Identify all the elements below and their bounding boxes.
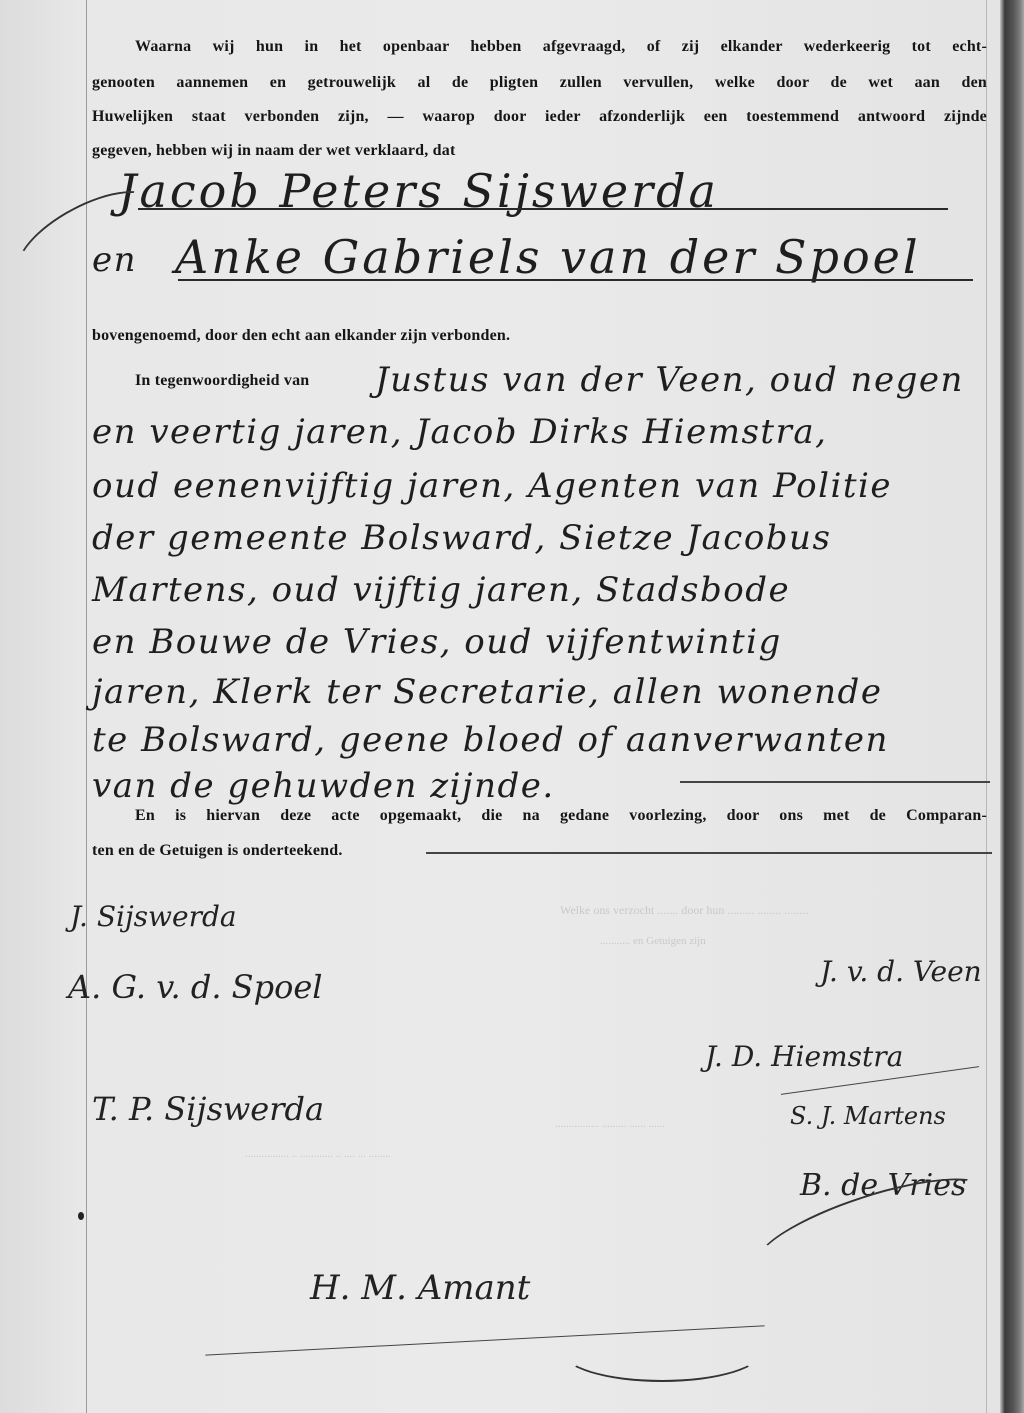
witness-line: te Bolsward, geene bloed of aanverwanten [92, 720, 889, 760]
signature-witness: J. D. Hiemstra [705, 1040, 903, 1073]
flourish-stroke [560, 1318, 764, 1382]
printed-line: ten en de Getuigen is onderteekend. [92, 842, 343, 860]
flourish-stroke [4, 173, 170, 302]
signature-bride: A. G. v. d. Spoel [68, 968, 323, 1006]
printed-line: bovengenoemd, door den echt aan elkander… [92, 327, 987, 345]
bleed-through-text: ........... en Getuigen zijn [600, 935, 706, 947]
page-binding-edge [1000, 0, 1024, 1413]
printed-line: En is hiervan deze acte opgemaakt, die n… [92, 807, 987, 825]
name-underline [178, 279, 973, 281]
printed-line: Huwelijken staat verbonden zijn, — waaro… [92, 108, 987, 126]
signature-groom: J. Sijswerda [70, 900, 237, 933]
signature-witness: S. J. Martens [790, 1102, 946, 1130]
fill-line [426, 852, 992, 854]
witness-line: der gemeente Bolsward, Sietze Jacobus [92, 518, 831, 558]
signature-parent: T. P. Sijswerda [92, 1090, 324, 1128]
witness-line: en Bouwe de Vries, oud vijfentwintig [92, 622, 782, 662]
printed-line: genooten aannemen en getrouwelijk al de … [92, 74, 987, 92]
bride-prefix: en [92, 240, 137, 280]
bleed-through-text: ................ ......... ...... ...... [555, 1118, 665, 1130]
signature-official: H. M. Amant [310, 1268, 530, 1308]
document-page: Welke ons verzocht ....... door hun ....… [0, 0, 1024, 1413]
right-margin-rule [986, 0, 987, 1413]
signature-witness: J. v. d. Veen [820, 955, 982, 988]
bleed-through-text: ................ .. ............ .. ....… [245, 1148, 391, 1160]
printed-line: gegeven, hebben wij in naam der wet verk… [92, 142, 987, 160]
witness-line: van de gehuwden zijnde. [92, 766, 555, 806]
name-underline [138, 208, 948, 210]
bleed-through-text: Welke ons verzocht ....... door hun ....… [560, 903, 808, 918]
witness-line: Martens, oud vijftig jaren, Stadsbode [92, 570, 790, 610]
witness-line: Justus van der Veen, oud negen [375, 360, 964, 400]
witness-line: jaren, Klerk ter Secretarie, allen wonen… [92, 672, 882, 712]
printed-line: Waarna wij hun in het openbaar hebben af… [92, 38, 987, 56]
fill-line [680, 781, 990, 783]
bride-name: Anke Gabriels van der Spoel [175, 230, 921, 284]
witness-line: oud eenenvijftig jaren, Agenten van Poli… [92, 466, 892, 506]
witness-line: en veertig jaren, Jacob Dirks Hiemstra, [92, 412, 827, 452]
ink-dot [78, 1212, 84, 1220]
